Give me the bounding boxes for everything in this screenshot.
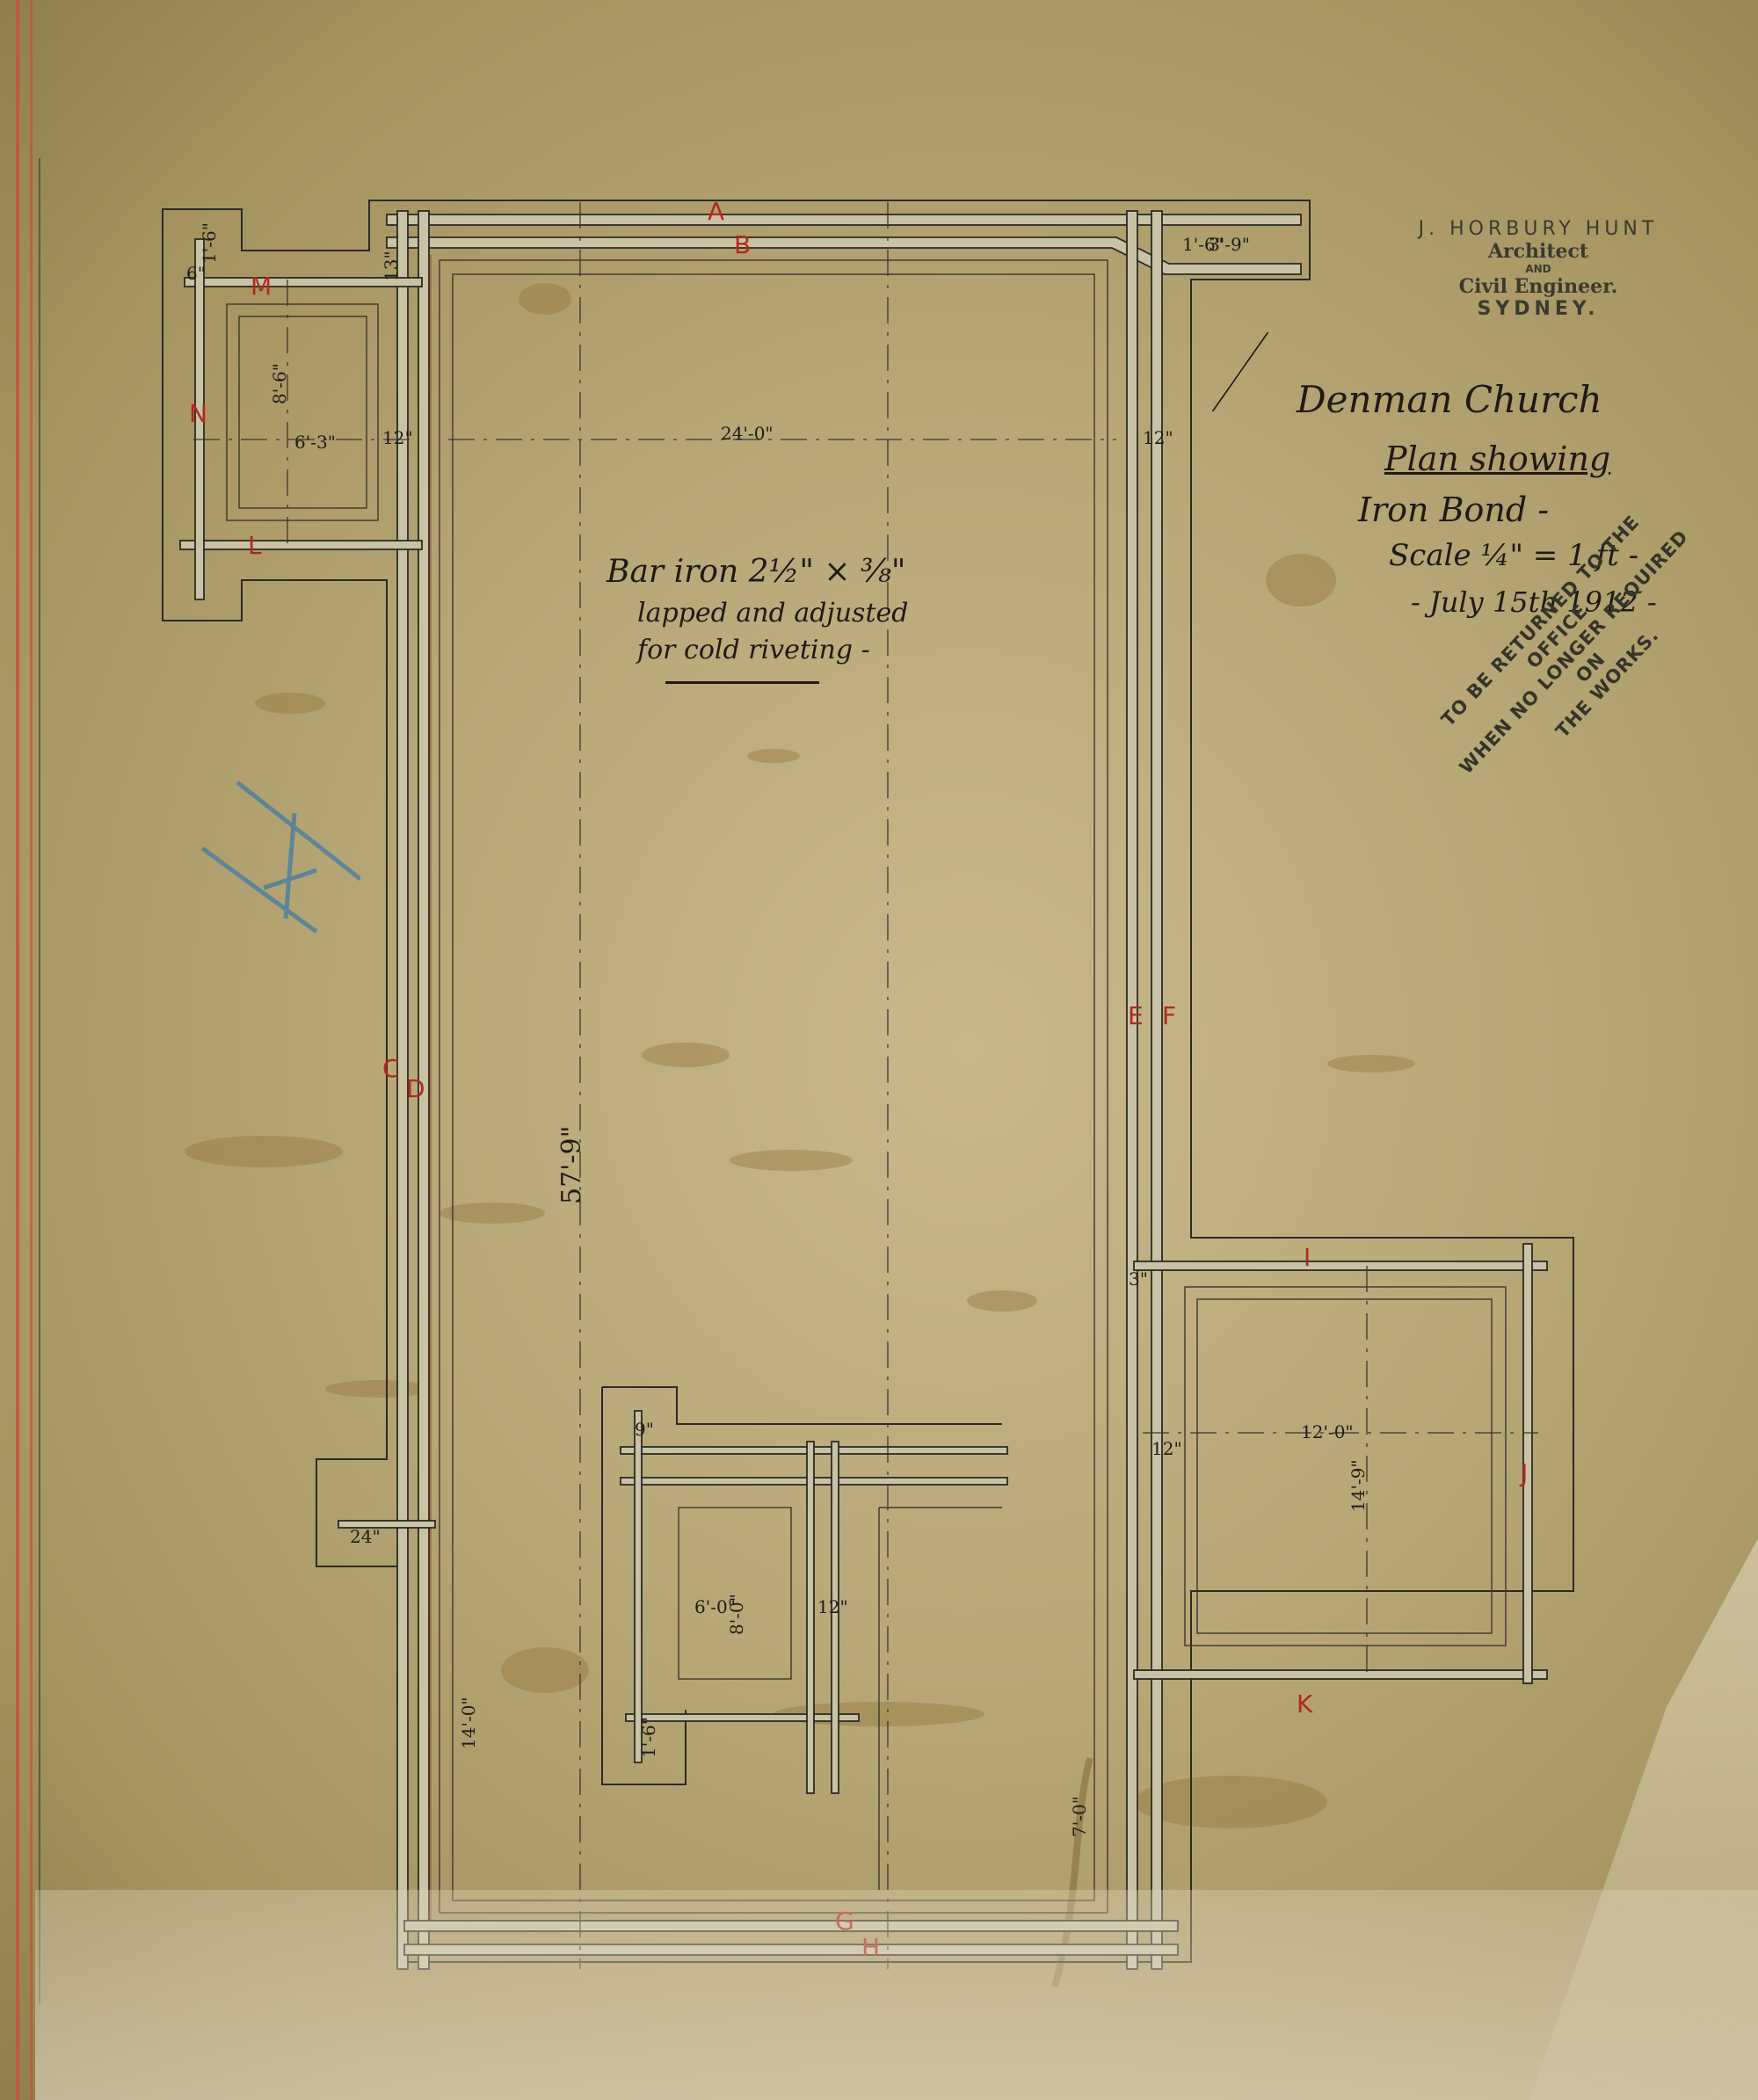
dim-lap-3: 3": [1129, 1268, 1148, 1290]
dim-wall-13: 13": [381, 251, 402, 281]
dim-lap-9: 9": [635, 1419, 654, 1440]
label-F: F: [1162, 1001, 1176, 1030]
architect-stamp: J. HORBURY HUNT Architect AND Civil Engi…: [1415, 218, 1661, 320]
tower-inner-2: [227, 304, 378, 520]
bar-A: [387, 214, 1301, 225]
porch-bar-left: [635, 1411, 642, 1762]
bar-E: [1127, 211, 1137, 1969]
label-I: I: [1304, 1243, 1311, 1272]
label-D: D: [406, 1074, 425, 1103]
dim-vestry-length: 14'-9": [1348, 1459, 1369, 1512]
dim-wall-porch: 12": [817, 1596, 848, 1617]
label-B: B: [734, 230, 751, 259]
label-N: N: [189, 399, 207, 428]
stamp-line-engineer: Civil Engineer.: [1415, 275, 1661, 298]
dim-right-lower-length: 7'-0": [1069, 1796, 1090, 1837]
label-E: E: [1128, 1001, 1144, 1030]
dim-porch-length: 8'-0": [726, 1594, 747, 1635]
title-subtitle: Plan showing: [1384, 440, 1610, 478]
porch-inner: [679, 1508, 791, 1679]
nave-inner-wall: [439, 260, 1108, 1913]
bar-L: [180, 541, 422, 549]
vestry-inner: [1197, 1299, 1492, 1633]
dim-tower-width: 6'-3": [294, 432, 336, 453]
note-underline: [665, 681, 819, 684]
dim-buttress: 24": [350, 1526, 381, 1547]
note-line-2: lapped and adjusted: [637, 598, 908, 629]
drawing-sheet: 24'-0" 57'-9" 6'-3" 8'-6" 12'-0" 14'-9" …: [0, 0, 1758, 2100]
dim-lap-top-3-9: 3'-9": [1209, 234, 1250, 255]
porch-outline-top: [602, 1387, 1002, 1424]
dim-nave-width: 24'-0": [721, 423, 774, 444]
title-subject: Iron Bond -: [1358, 490, 1549, 529]
dim-lap-6: 6": [186, 263, 206, 284]
bar-F: [1151, 211, 1162, 1969]
label-K: K: [1297, 1689, 1313, 1719]
bar-B: [387, 237, 1301, 274]
stamp-line-sydney: SYDNEY.: [1415, 298, 1661, 320]
bar-I: [1134, 1261, 1547, 1270]
label-M: M: [251, 272, 272, 301]
stamp-arc-text: J. HORBURY HUNT: [1415, 218, 1661, 240]
bar-K: [1134, 1670, 1547, 1679]
dim-lap-porch: 1'-6": [638, 1717, 659, 1758]
stamp-line-architect: Architect: [1415, 240, 1661, 263]
blue-pencil-mark: [185, 765, 360, 941]
dim-wall-vestry: 12": [1151, 1438, 1182, 1459]
dim-vestry-width: 12'-0": [1301, 1421, 1354, 1442]
nave-inner-wall-2: [453, 274, 1094, 1900]
label-L: L: [248, 531, 262, 560]
porch-bar-right: [807, 1442, 814, 1793]
dim-lap-tower: 1'-6": [199, 222, 220, 264]
dim-nave-length: 57'-9": [556, 1126, 587, 1204]
dim-left-lower-length: 14'-0": [458, 1697, 479, 1749]
porch-line: [879, 1508, 1002, 1890]
dim-tower-length: 8'-6": [269, 363, 290, 404]
label-A: A: [708, 197, 724, 226]
tracing-film-bottom: [35, 1890, 1758, 2100]
title-project: Denman Church: [1297, 378, 1602, 421]
label-J: J: [1519, 1458, 1528, 1487]
stamp-line-and: AND: [1415, 263, 1661, 275]
porch-bar-bottom: [626, 1714, 859, 1721]
note-line-1: Bar iron 2½" × ⅜": [607, 554, 905, 590]
label-C: C: [382, 1054, 400, 1083]
outer-wall-outline: [163, 200, 1573, 1962]
note-line-3: for cold riveting -: [637, 635, 870, 665]
dim-wall-left: 12": [382, 427, 413, 448]
porch-bar-right-2: [832, 1442, 839, 1793]
tower-inner: [239, 316, 367, 508]
dim-wall-right: 12": [1143, 427, 1173, 448]
